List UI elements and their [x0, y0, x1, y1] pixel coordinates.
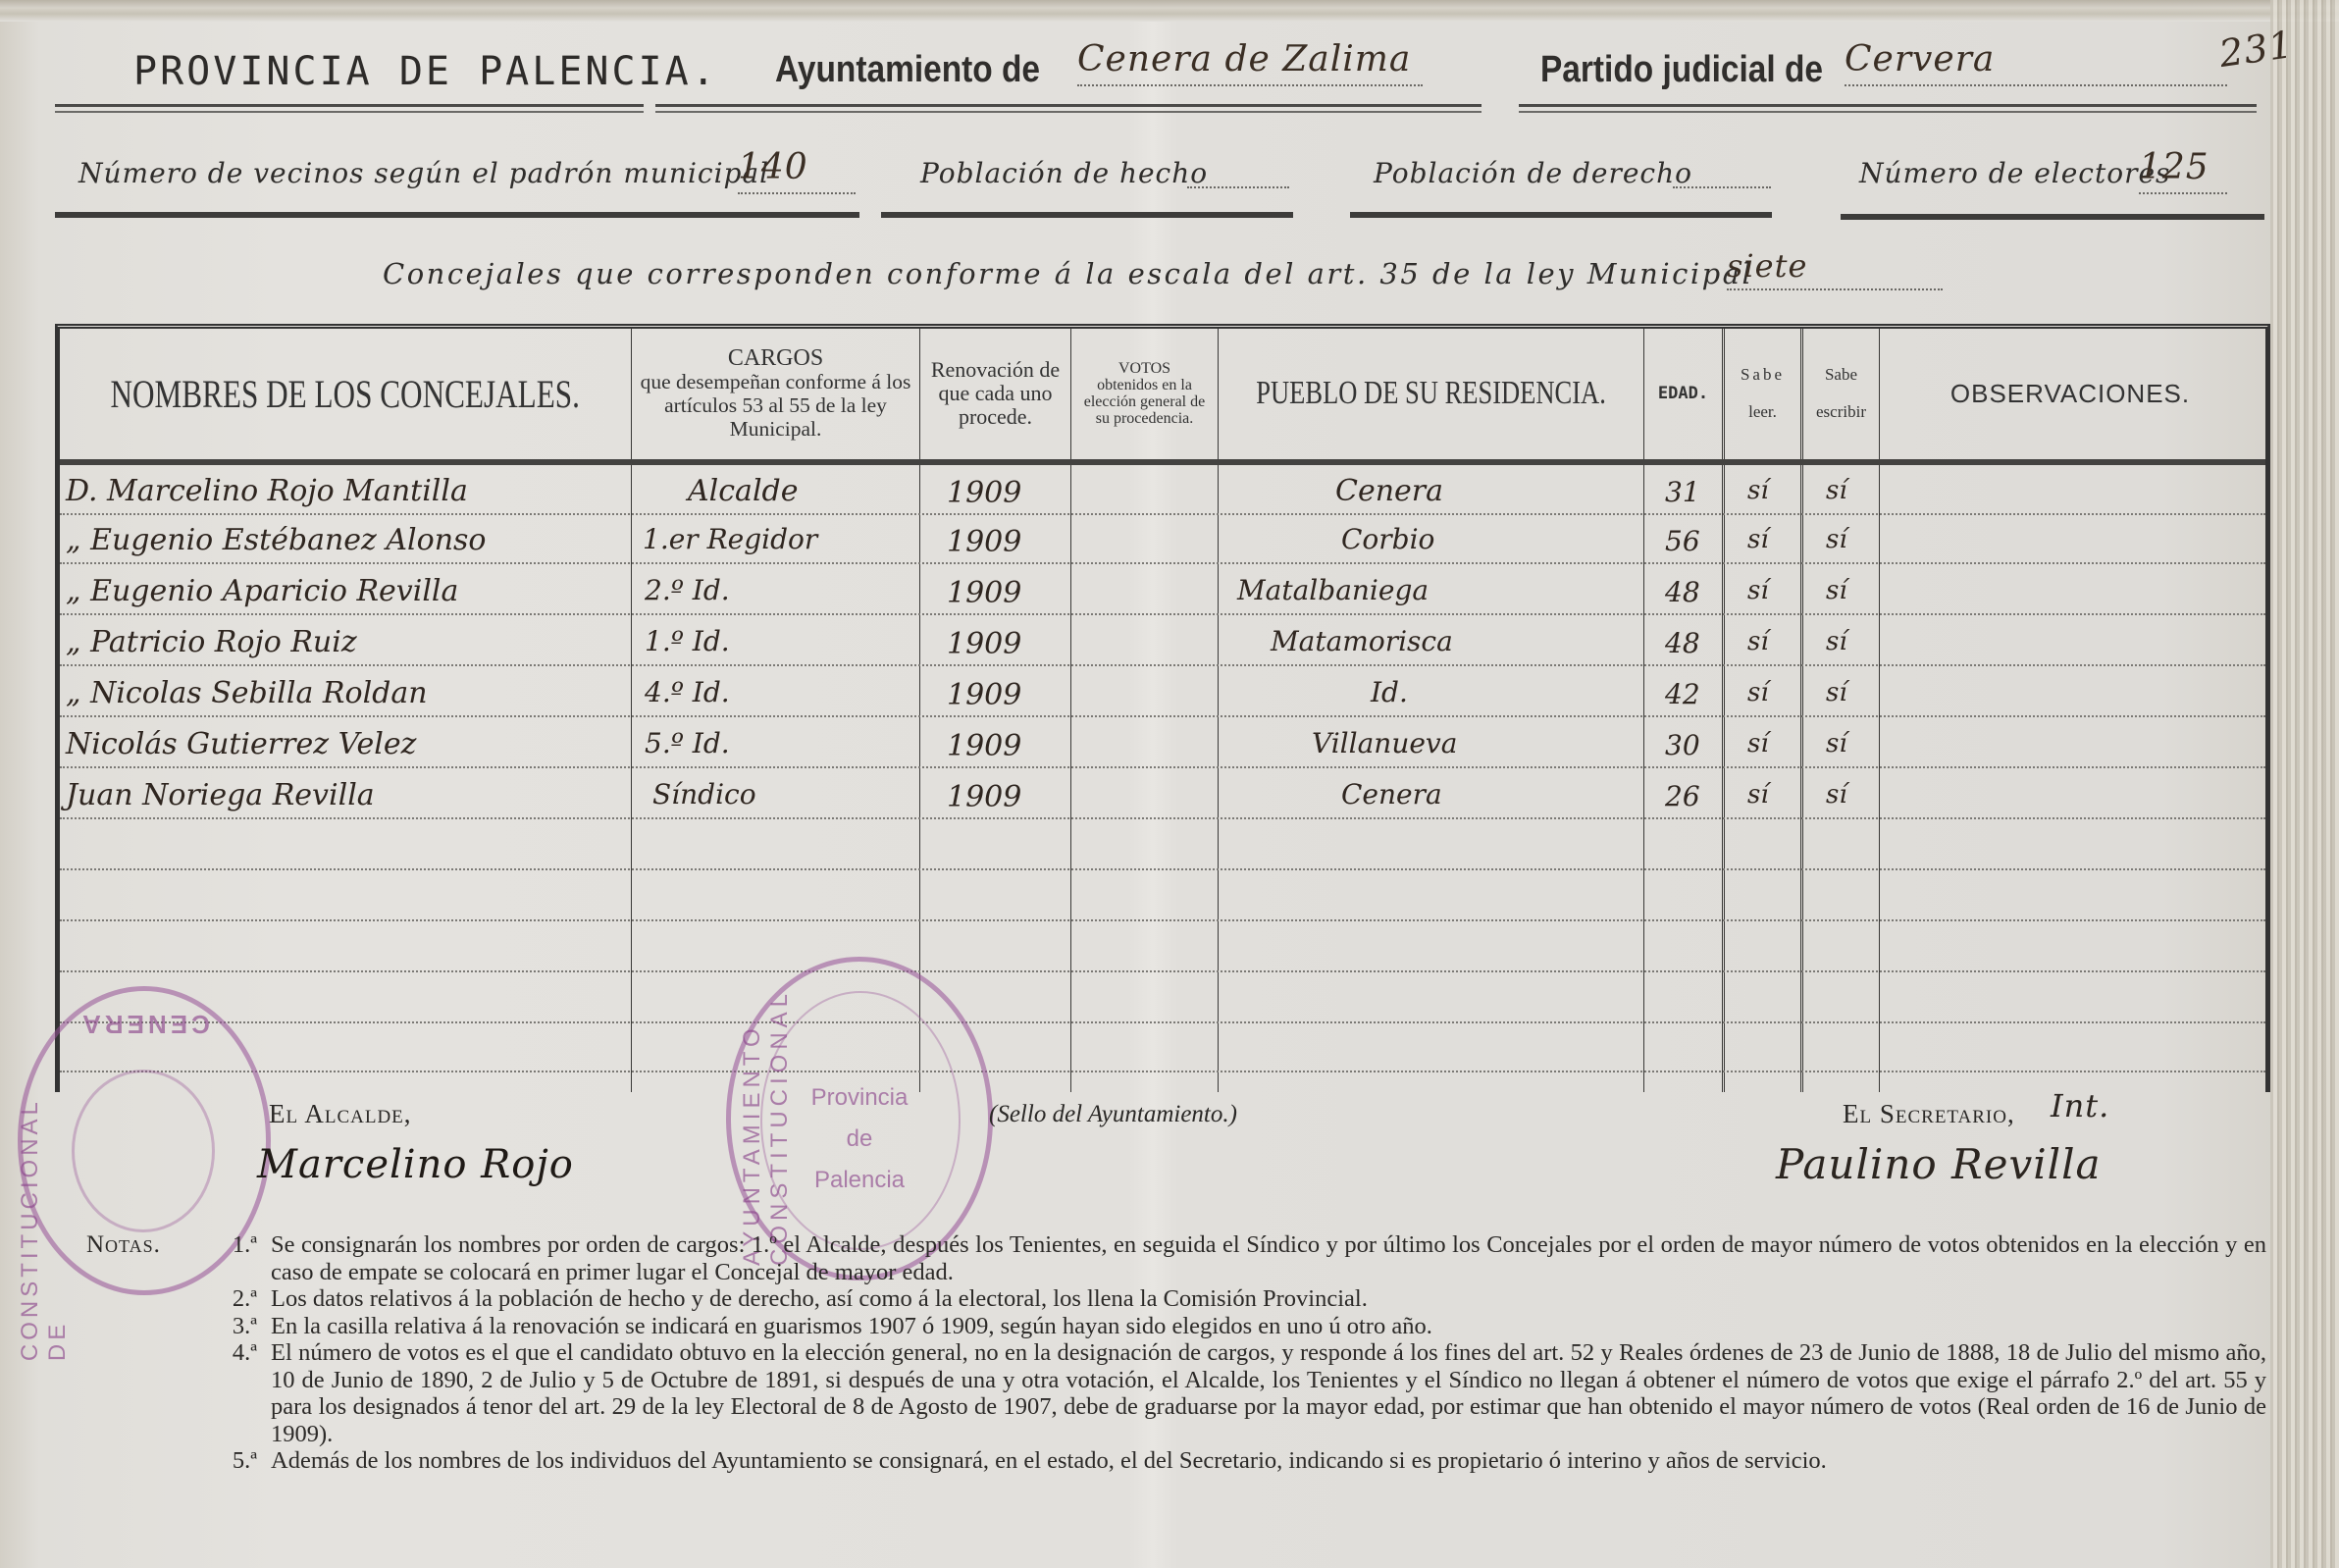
rule [1350, 212, 1772, 218]
concejales-table: NOMBRES DE LOS CONCEJALES. CARGOS que de… [55, 324, 2270, 1092]
header-observaciones: OBSERVACIONES. [1880, 329, 2261, 458]
cell-renovacion: 1909 [947, 525, 1021, 559]
notes-section: 1.ª Se consignarán los nombres por orden… [147, 1231, 2266, 1475]
partido-field: Cervera [1845, 39, 2227, 86]
cell-escribir: sí [1826, 780, 1847, 810]
note-item: 3.ª En la casilla relativa á la renovaci… [147, 1313, 2266, 1340]
row-line [60, 715, 2265, 717]
note-item: 2.ª Los datos relativos á la población d… [147, 1285, 2266, 1313]
cell-pueblo: Cenera [1335, 474, 1443, 508]
cell-pueblo: Villanueva [1312, 727, 1457, 759]
rule [881, 212, 1293, 218]
cell-renovacion: 1909 [947, 576, 1021, 610]
cell-renovacion: 1909 [947, 476, 1021, 510]
electores-label: Número de electores [1859, 157, 2170, 189]
stamp-ring-text: CONSTITUCIONAL DE [17, 1099, 72, 1361]
rule [1519, 104, 2257, 113]
cell-nombre: „ Eugenio Aparicio Revilla [66, 574, 458, 608]
cell-nombre: D. Marcelino Rojo Mantilla [66, 474, 468, 508]
secretario-signature: Paulino Revilla [1776, 1140, 2102, 1188]
cell-edad: 30 [1665, 729, 1700, 761]
cell-nombre: „ Eugenio Estébanez Alonso [66, 523, 486, 557]
cell-edad: 26 [1665, 780, 1700, 812]
cell-renovacion: 1909 [947, 729, 1021, 763]
alcalde-signature: Marcelino Rojo [257, 1142, 574, 1187]
row-line [60, 1071, 2265, 1072]
stamp-top-text: CENERA [23, 1009, 266, 1039]
secretario-prefix: Int. [2051, 1087, 2109, 1124]
ayuntamiento-label: Ayuntamiento de [775, 49, 1040, 91]
header-rule [60, 459, 2265, 465]
cell-cargo: 4.º Id. [645, 676, 730, 708]
row-line [60, 1021, 2265, 1023]
cell-leer: sí [1747, 627, 1769, 656]
rule [1841, 214, 2264, 220]
cell-cargo: 5.º Id. [645, 727, 730, 759]
cell-cargo: 1.er Regidor [643, 523, 817, 555]
row-line [60, 766, 2265, 768]
cell-pueblo: Id. [1371, 676, 1408, 708]
secretario-label: El Secretario, [1843, 1099, 2015, 1129]
cell-nombre: Nicolás Gutierrez Velez [66, 727, 416, 761]
concejales-field: siete [1727, 247, 1943, 290]
cell-nombre: Juan Noriega Revilla [66, 778, 375, 812]
rule [55, 212, 859, 218]
poblacion-derecho-field [1673, 186, 1771, 188]
row-line [60, 664, 2265, 666]
poblacion-hecho-field [1187, 186, 1289, 188]
alcalde-label: El Alcalde, [269, 1099, 412, 1129]
header-pueblo: PUEBLO DE SU RESIDENCIA. [1219, 329, 1643, 458]
concejales-label: Concejales que corresponden conforme á l… [383, 257, 1753, 290]
cell-leer: sí [1747, 525, 1769, 554]
cell-edad: 56 [1665, 525, 1700, 557]
cell-leer: sí [1747, 678, 1769, 707]
cell-leer: sí [1747, 476, 1769, 505]
note-item: 5.ª Además de los nombres de los individ… [147, 1447, 2266, 1475]
header-sabe-escribir: Sabe escribir [1803, 329, 1879, 458]
row-line [60, 919, 2265, 921]
coat-of-arms-icon [72, 1070, 215, 1232]
header-nombres: NOMBRES DE LOS CONCEJALES. [60, 329, 631, 458]
cell-cargo: Alcalde [688, 474, 799, 508]
cell-escribir: sí [1826, 476, 1847, 505]
cell-renovacion: 1909 [947, 780, 1021, 814]
header-renovacion: Renovación de que cada uno procede. [920, 329, 1070, 458]
note-item: 4.ª El número de votos es el que el cand… [147, 1339, 2266, 1447]
header-cargos: CARGOS que desempeñan conforme á los art… [632, 329, 919, 458]
row-line [60, 817, 2265, 819]
book-page-edges [2270, 0, 2339, 1568]
cell-edad: 31 [1665, 476, 1700, 508]
cell-nombre: „ Nicolas Sebilla Roldan [66, 676, 428, 710]
cell-renovacion: 1909 [947, 678, 1021, 712]
vecinos-field: 140 [738, 147, 856, 194]
cell-pueblo: Corbio [1341, 523, 1434, 555]
cell-edad: 42 [1665, 678, 1700, 710]
cell-edad: 48 [1665, 627, 1700, 659]
header-votos: VOTOS obtenidos en la elección general d… [1071, 329, 1218, 458]
row-line [60, 868, 2265, 870]
row-line [60, 970, 2265, 972]
cell-nombre: „ Patricio Rojo Ruiz [66, 625, 357, 659]
cell-escribir: sí [1826, 525, 1847, 554]
cell-renovacion: 1909 [947, 627, 1021, 661]
cell-cargo: Síndico [652, 778, 756, 810]
header-edad: EDAD. [1644, 329, 1722, 458]
rule [655, 104, 1481, 113]
cell-pueblo: Matalbaniega [1237, 574, 1429, 606]
cell-escribir: sí [1826, 576, 1847, 605]
cell-leer: sí [1747, 729, 1769, 758]
poblacion-derecho-label: Población de derecho [1374, 157, 1692, 189]
cell-edad: 48 [1665, 576, 1700, 608]
row-line [60, 513, 2265, 515]
row-line [60, 562, 2265, 564]
cell-escribir: sí [1826, 678, 1847, 707]
row-line [60, 613, 2265, 615]
cell-pueblo: Matamorisca [1271, 625, 1453, 657]
vecinos-label: Número de vecinos según el padrón munici… [78, 157, 769, 189]
cell-pueblo: Cenera [1341, 778, 1442, 810]
note-item: 1.ª Se consignarán los nombres por orden… [147, 1231, 2266, 1285]
sello-label: (Sello del Ayuntamiento.) [989, 1101, 1237, 1128]
header-sabe-leer: Sabe leer. [1725, 329, 1800, 458]
poblacion-hecho-label: Población de hecho [920, 157, 1208, 189]
cell-leer: sí [1747, 576, 1769, 605]
ayuntamiento-field: Cenera de Zalima [1077, 39, 1423, 86]
document-page: 231 PROVINCIA DE PALENCIA. Ayuntamiento … [0, 0, 2339, 1568]
cell-escribir: sí [1826, 627, 1847, 656]
cell-cargo: 1.º Id. [645, 625, 730, 657]
page-top-edge [0, 0, 2339, 22]
rule [55, 104, 644, 113]
electores-field: 125 [2139, 147, 2227, 194]
partido-label: Partido judicial de [1540, 49, 1823, 91]
province-title: PROVINCIA DE PALENCIA. [133, 49, 718, 94]
cell-escribir: sí [1826, 729, 1847, 758]
stamp-center-text: Provincia de Palencia [731, 1077, 988, 1201]
cell-cargo: 2.º Id. [645, 574, 730, 606]
cell-leer: sí [1747, 780, 1769, 810]
